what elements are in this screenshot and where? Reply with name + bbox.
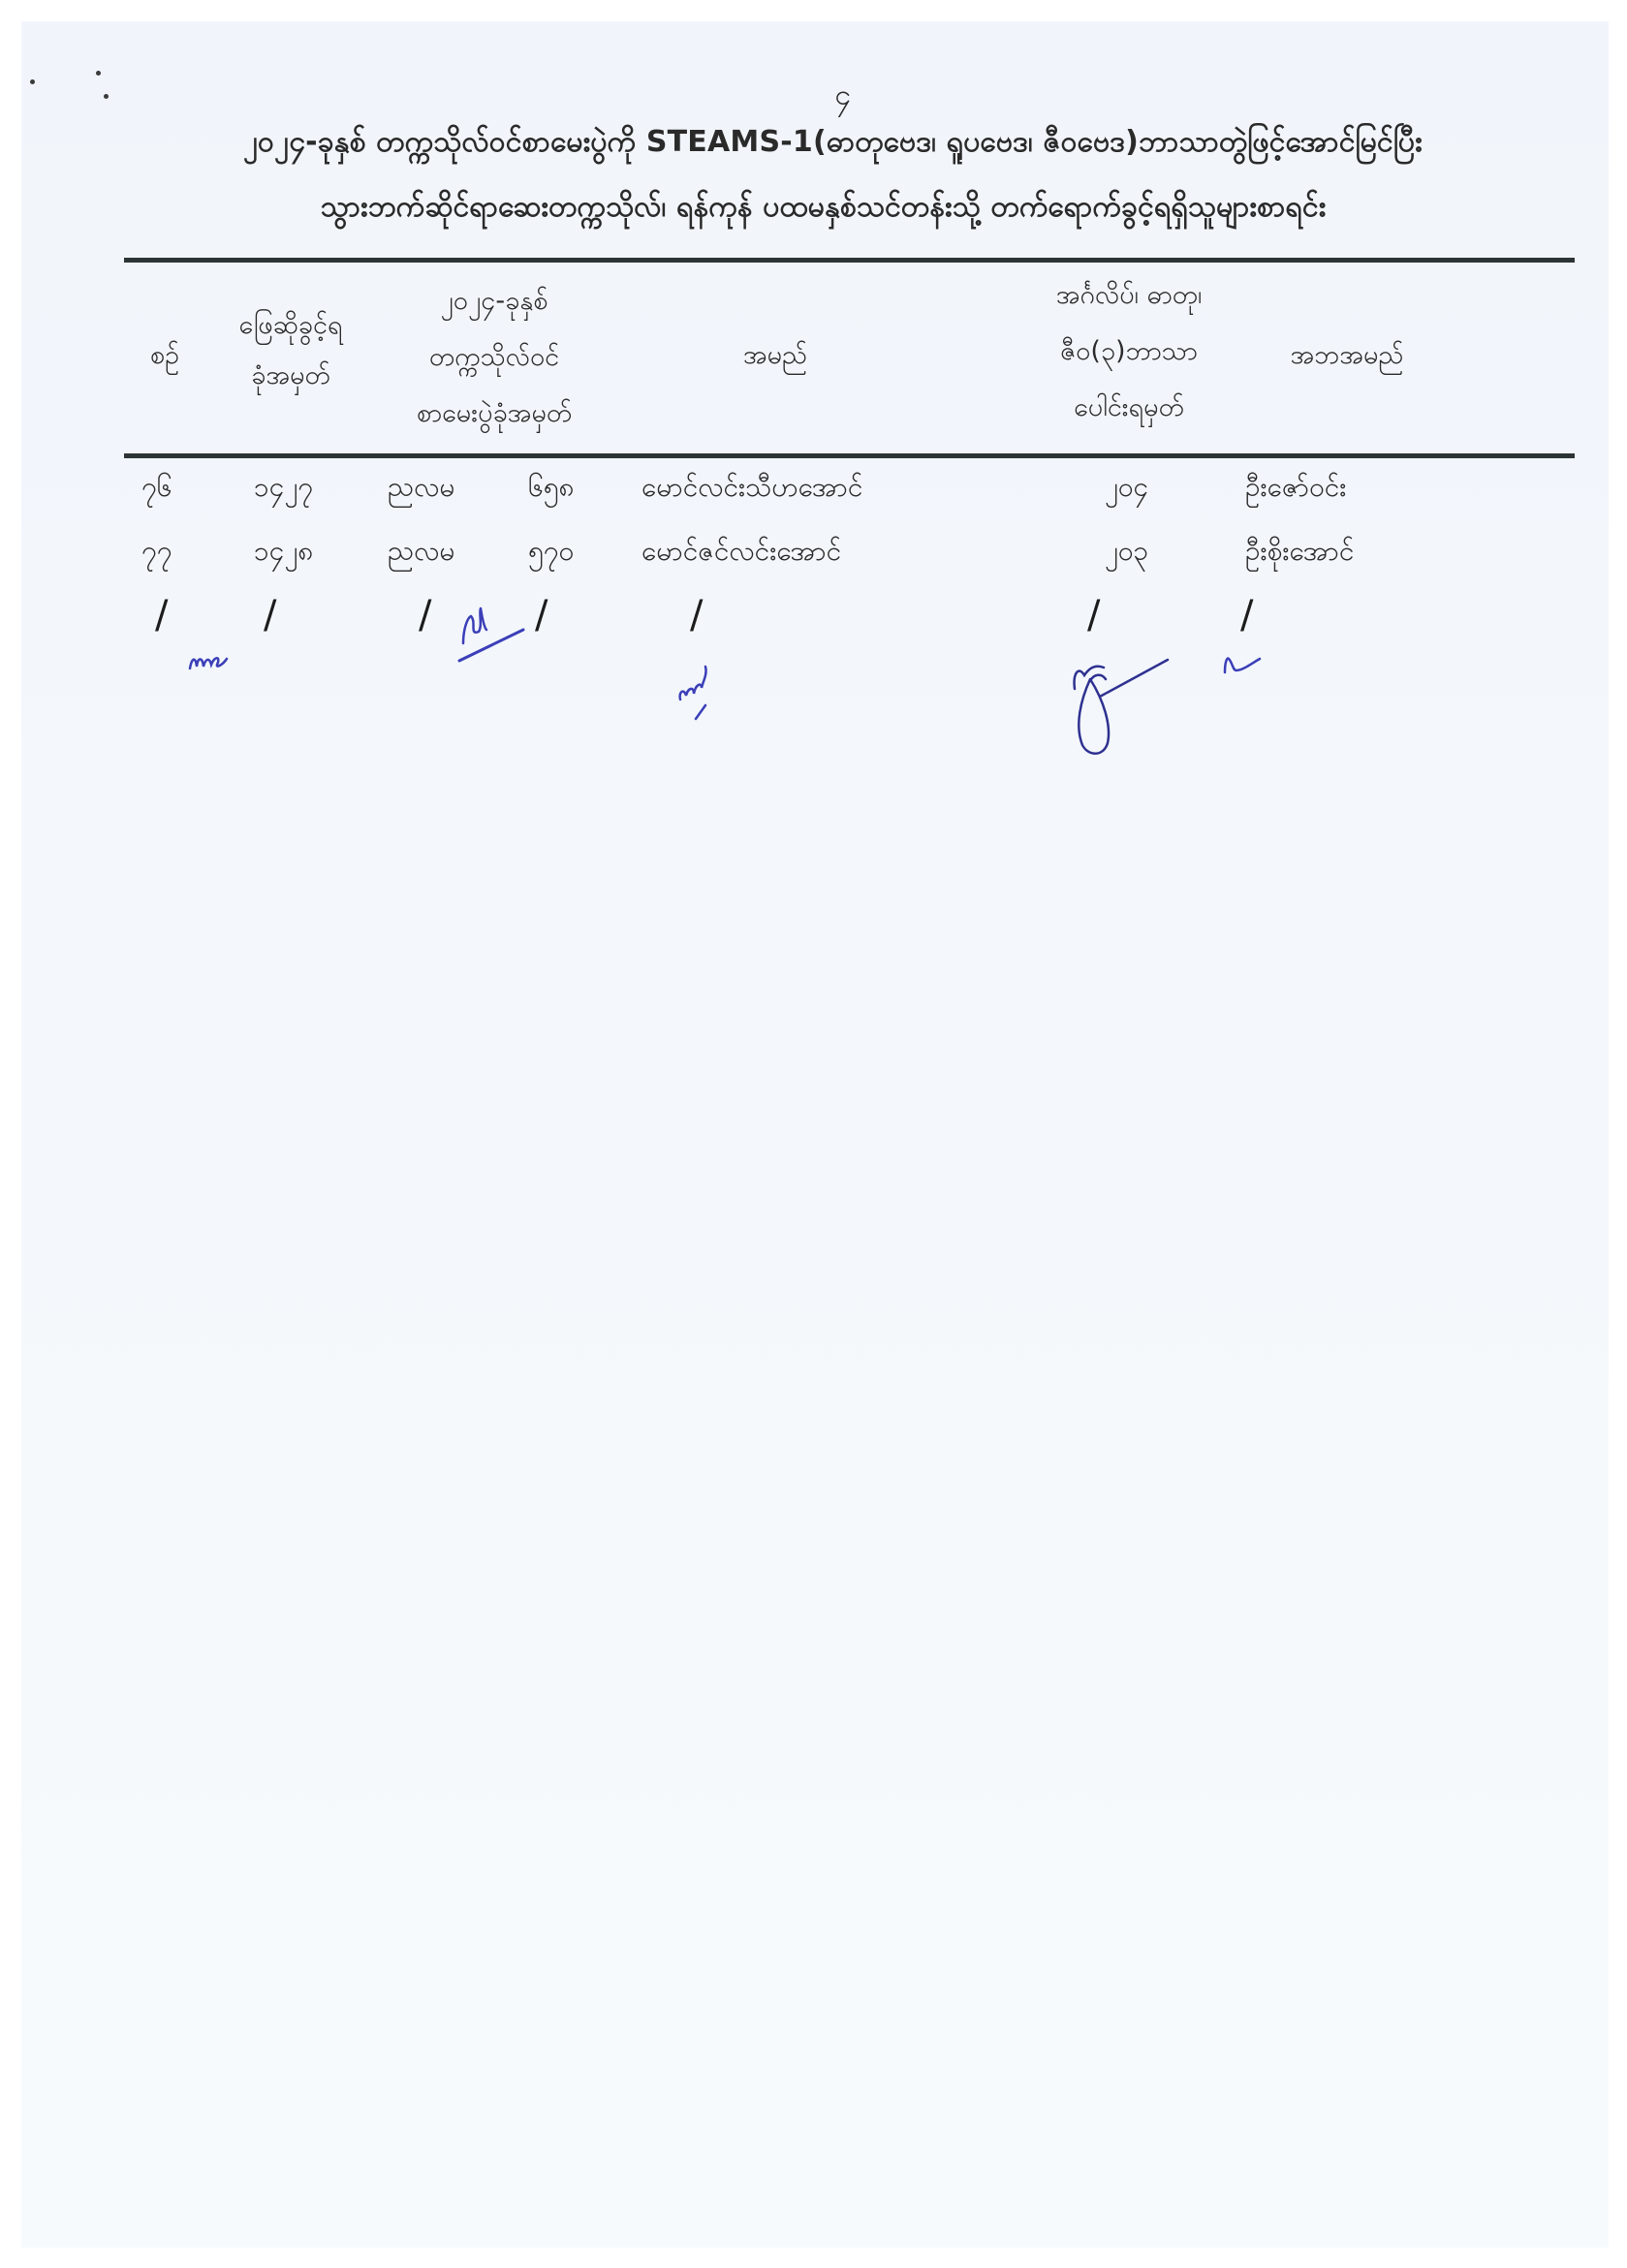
cell-score: ၂၀၄ [1105, 469, 1148, 510]
cell-serial: ၇၆ [141, 469, 172, 510]
cell-score: ၂၀၃ [1105, 533, 1148, 574]
end-mark: / [1087, 593, 1100, 637]
header-exam-no: ၂၀၂၄-ခုနှစ် တက္ကသိုလ်ဝင် စာမေးပွဲခုံအမှတ… [378, 273, 610, 442]
header-father-name: အဘအမည် [1250, 327, 1444, 384]
cell-exam-no: ၅၇၀ [528, 533, 574, 574]
handwritten-signature-loop [1061, 654, 1187, 761]
cell-father-name: ဦးစိုးအောင် [1245, 533, 1354, 574]
cell-name: မောင်ဇင်လင်းအောင် [641, 533, 841, 574]
table-top-rule [124, 258, 1575, 263]
end-mark: / [690, 593, 703, 637]
handwritten-initials-2 [455, 601, 533, 668]
cell-name: မောင်လင်းသီဟအောင် [641, 469, 862, 510]
document-title-line-2: သွားဘက်ဆိုင်ရာဆေးတက္ကသိုလ်၊ ရန်ကုန် ပထမန… [0, 187, 1627, 231]
end-mark: / [264, 593, 276, 637]
end-mark: / [535, 593, 548, 637]
cell-application-no: ၁၄၂၇ [254, 469, 313, 510]
handwritten-initials-4 [1221, 649, 1279, 678]
page-number: ၄ [0, 76, 1627, 119]
handwritten-initials-3 [669, 659, 727, 727]
document-title-line-1: ၂၀၂၄-ခုနှစ် တက္ကသိုလ်ဝင်စာမေးပွဲကို STEA… [0, 122, 1627, 166]
cell-serial: ၇၇ [141, 533, 172, 574]
cell-application-no: ၁၄၂၈ [254, 533, 313, 574]
end-mark: / [155, 593, 168, 637]
cell-exam-prefix: ညလမ [388, 533, 454, 574]
cell-father-name: ဦးဇော်ဝင်း [1245, 469, 1346, 510]
header-score: အင်္ဂလိပ်၊ ဓာတု၊ ဇီဝ(၃)ဘာသာ ပေါင်းရမှတ် [1008, 267, 1250, 436]
cell-exam-no: ၆၅၈ [528, 469, 575, 510]
end-mark: / [419, 593, 431, 637]
header-serial: စဉ် [136, 327, 194, 384]
header-application-no: ဖြေဆိုခွင့်ရ ခုံအမှတ် [208, 300, 373, 401]
table-header-rule [124, 453, 1575, 458]
end-mark: / [1240, 593, 1253, 637]
header-name: အမည် [678, 327, 872, 384]
cell-exam-prefix: ညလမ [388, 469, 454, 510]
handwritten-initials-1 [184, 639, 242, 678]
